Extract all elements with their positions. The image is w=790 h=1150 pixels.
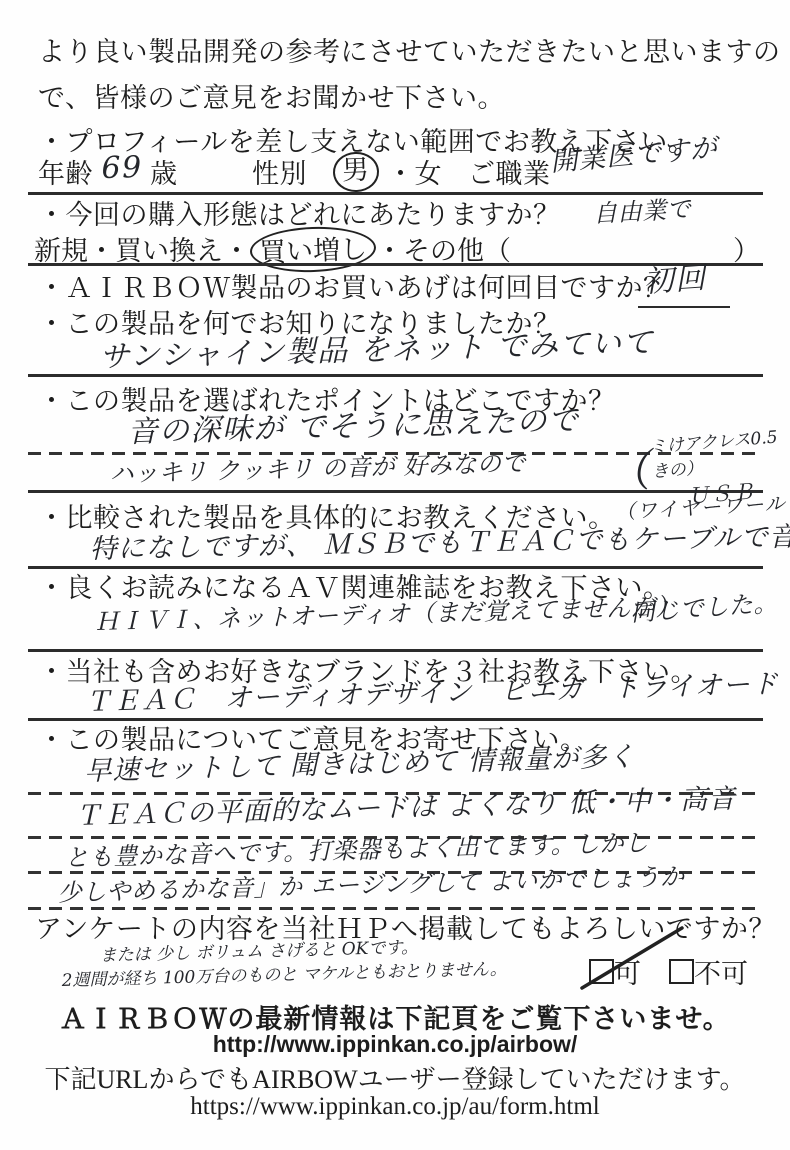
section-rule-7 [28,718,763,721]
age-value: 69 [101,149,143,188]
opinion-line-2: ＴＥＡＣの平面的なムードは よくなり 低・中・高音 [74,783,736,834]
section-rule-6 [28,649,763,652]
footer-url-2: https://www.ippinkan.co.jp/au/form.html [0,1093,790,1121]
section-rule-5 [28,566,763,569]
count-answer-underline [638,306,730,308]
hand-circle-male: 男 [332,151,379,192]
gender-rest: ・女 [387,158,442,192]
age-unit: 歳 [150,158,178,192]
footer-register: 下記URLからでもAIRBOWユーザー登録していただけます。 [0,1059,790,1096]
hand-circle-kaimashi: 買い増し [249,225,376,274]
opinion-dash-4 [28,907,763,910]
side-note-brace: （ [604,449,653,496]
gender-male-circled: 男 [333,152,379,192]
count-answer: 初回 [642,260,707,302]
intro-line-1: より良い製品開発の参考にさせていただきたいと思いますの [38,36,781,70]
footer-url-1: http://www.ippinkan.co.jp/airbow/ [0,1031,790,1058]
section-rule-1 [28,192,763,195]
check-mark-icon [560,922,690,994]
scanned-questionnaire-page: より良い製品開発の参考にさせていただきたいと思いますの で、皆様のご意見をお聞か… [0,0,790,1150]
gender-label: 性別 [252,158,307,192]
age-label: 年齢 [38,158,93,192]
side-note-line-1: ミけアクレス0.5きの） [648,422,790,483]
checkbox-ng-label: 不可 [694,952,748,991]
job-label: ご職業 [468,158,551,192]
count-question: ・ＡＩＲＢＯＷ製品のお買いあげは何回目ですか？ [38,272,671,306]
section-rule-3 [28,374,763,377]
intro-line-2: で、皆様のご意見をお聞かせ下さい。 [38,82,505,116]
job-value-2: 自由業で [592,194,691,229]
